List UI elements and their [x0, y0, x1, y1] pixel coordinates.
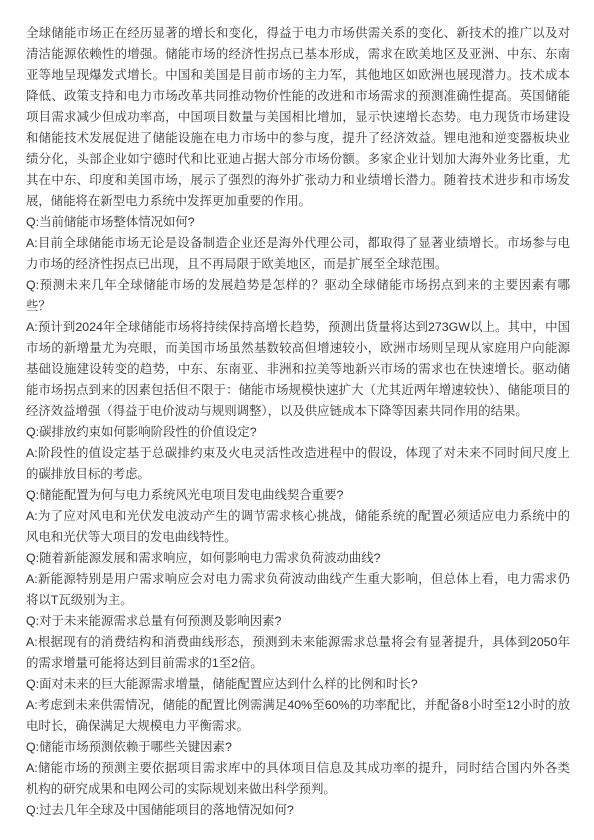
- qa-answer: A:目前全球储能市场无论是设备制造企业还是海外代理公司，都取得了显著业绩增长。市…: [26, 233, 570, 275]
- qa-answer: A:考虑到未来供需情况，储能的配置比例需满足40%至60%的功率配比，并配备8小…: [26, 695, 570, 737]
- qa-question: Q:储能配置为何与电力系统风光电项目发电曲线契合重要?: [26, 485, 570, 506]
- document-page: 全球储能市场正在经历显著的增长和变化，得益于电力市场供需关系的变化、新技术的推广…: [0, 0, 594, 821]
- qa-question: Q:面对未来的巨大能源需求增量，储能配置应达到什么样的比例和时长?: [26, 674, 570, 695]
- qa-question: Q:储能市场预测依赖于哪些关键因素?: [26, 737, 570, 758]
- qa-answer: A:储能市场的预测主要依据项目需求库中的具体项目信息及其成功率的提升，同时结合国…: [26, 758, 570, 800]
- qa-answer: A:为了应对风电和光伏发电波动产生的调节需求核心挑战，储能系统的配置必须适应电力…: [26, 506, 570, 548]
- qa-answer: A:新能源特别是用户需求响应会对电力需求负荷波动曲线产生重大影响，但总体上看，电…: [26, 569, 570, 611]
- qa-question: Q:当前储能市场整体情况如何?: [26, 212, 570, 233]
- qa-answer: A:根据现有的消费结构和消费曲线形态，预测到未来能源需求总量将会有显著提升，具体…: [26, 632, 570, 674]
- qa-answer: A:阶段性的值设定基于总碳排约束及火电灵活性改造进程中的假设，体现了对未来不同时…: [26, 443, 570, 485]
- qa-answer: A:预计到2024年全球储能市场将持续保持高增长趋势，预测出货量将达到273GW…: [26, 317, 570, 422]
- qa-question: Q:对于未来能源需求总量有何预测及影响因素?: [26, 611, 570, 632]
- intro-paragraph: 全球储能市场正在经历显著的增长和变化，得益于电力市场供需关系的变化、新技术的推广…: [26, 23, 570, 212]
- qa-question: Q:过去几年全球及中国储能项目的落地情况如何?: [26, 800, 570, 821]
- qa-question: Q:预测未来几年全球储能市场的发展趋势是怎样的？驱动全球储能市场拐点到来的主要因…: [26, 275, 570, 317]
- qa-question: Q:随着新能源发展和需求响应，如何影响电力需求负荷波动曲线?: [26, 548, 570, 569]
- qa-question: Q:碳排放约束如何影响阶段性的价值设定?: [26, 422, 570, 443]
